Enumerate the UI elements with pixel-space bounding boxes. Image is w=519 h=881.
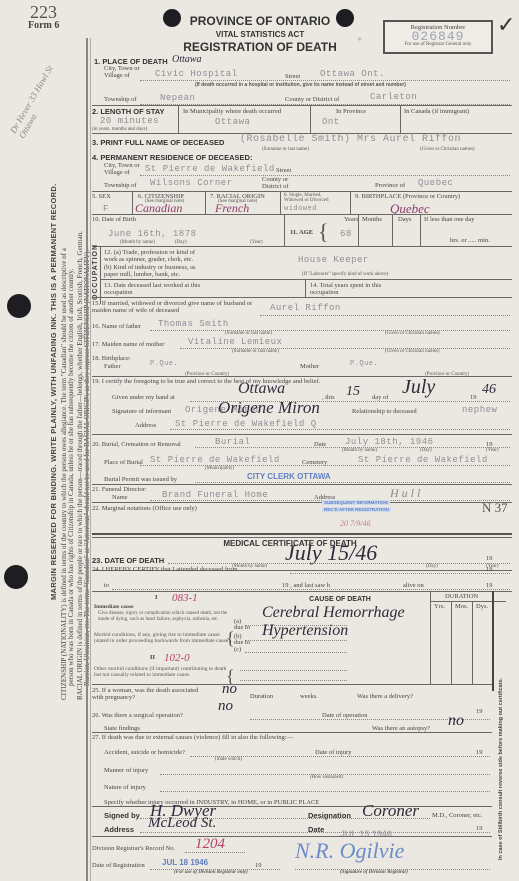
f20-cemetery: St Pierre de Wakefield: [358, 455, 488, 465]
f1-street-label: Street: [285, 73, 300, 80]
f27-how-sustained: (How sustained): [310, 775, 343, 780]
f25-duration-label: Duration: [250, 693, 273, 700]
f18-mother: P.Que.: [350, 360, 378, 368]
f19-year: 46: [482, 382, 496, 398]
f24-year2-label: 19: [486, 582, 493, 589]
f20-permit-label: Burial Permit was issued by: [104, 476, 177, 483]
rule: [92, 537, 512, 538]
rule: [100, 279, 512, 280]
f26-date-label: Date of operation: [322, 712, 367, 719]
f26-findings-label: State findings: [104, 725, 140, 732]
f20-permit-stamp: CITY CLERK OTTAWA: [247, 472, 331, 481]
f21-name: Brand Funeral Home: [162, 490, 268, 500]
f20-place: St Pierre de Wakefield: [150, 455, 280, 465]
f19-address-line: [170, 429, 510, 430]
rule: [92, 484, 512, 485]
f11-years-label: Years: [344, 216, 359, 223]
registration-number: 026849: [385, 31, 491, 42]
f19-address-label: Address: [135, 422, 156, 429]
f12-labourer-note: (If "Labourer" specify kind of work abov…: [302, 272, 388, 277]
f12-value: House Keeper: [298, 255, 369, 265]
f25-weeks-label: weeks.: [300, 693, 318, 700]
f4-province-label: Province of: [375, 182, 405, 189]
f2-col1-label: In Municipality where death occurred: [183, 108, 281, 115]
province-heading: PROVINCE OF ONTARIO: [180, 14, 340, 28]
f24-to-label: to: [104, 582, 109, 589]
f1-county: Carleton: [370, 92, 417, 102]
f11-hrs-label: hrs. or ..... min.: [450, 237, 490, 244]
cause-a-value: Cerebral Hemorrhage: [262, 604, 405, 622]
binder-hole: [4, 565, 28, 589]
f2-col2-value: Ont: [322, 117, 340, 127]
f2-col3-label: In Canada (if immigrant): [404, 108, 469, 115]
rule: [178, 105, 179, 133]
f27-injury-date-label: Date of injury: [315, 749, 351, 756]
f15-value: Aurel Riffon: [270, 303, 341, 313]
f12-label-b: (b) Kind of industry or business, as pap…: [104, 264, 204, 278]
f18-father: P.Que.: [150, 360, 178, 368]
immediate-cause-label: Immediate cause: [94, 604, 134, 610]
rule: [350, 191, 351, 214]
f24-line: [290, 573, 510, 574]
f26-value: no: [218, 698, 233, 715]
f23-sub2: (Day): [426, 564, 438, 569]
registrar-signature-label: (Signature of Division Registrar): [340, 870, 408, 875]
f17-label: 17. Maiden name of mother: [92, 341, 164, 348]
rule: [472, 601, 473, 684]
f19-label: 19. I certify the foregoing to be true a…: [92, 378, 320, 385]
designation-suffix: M.D., Coroner, etc.: [432, 812, 482, 819]
rule: [92, 684, 492, 685]
rule: [280, 191, 281, 214]
f1-township: Nepean: [160, 93, 195, 103]
f16-sub2: (Given or Christian names): [385, 331, 440, 336]
f3-sub2: (Given or Christian names): [420, 147, 475, 152]
f26-label: 26. Was there a surgical operation?: [92, 712, 183, 719]
f2-col2-label: In Province: [336, 108, 366, 115]
registration-number-box: Registration Number 026849 For use of Re…: [383, 20, 493, 54]
f23-year-label: 19: [486, 555, 493, 562]
duration-mos: Mos.: [455, 603, 468, 610]
f20-sub3: (Year): [486, 448, 499, 453]
f10-sub3: (Year): [250, 240, 263, 245]
f16-line: [150, 330, 510, 331]
cause-roman-2: II: [150, 654, 155, 661]
cause-b-value: Hypertension: [262, 622, 348, 640]
f20-label: 20. Burial, Cremation or Removal: [92, 441, 181, 448]
rule: [92, 502, 512, 503]
f21-name-label: Name: [112, 494, 128, 501]
f23-label: 23. DATE OF DEATH: [92, 556, 164, 565]
rule: [310, 105, 311, 133]
f20-value: Burial: [215, 437, 250, 447]
binder-hole: [7, 294, 31, 318]
f27-year-label: 19: [476, 749, 483, 756]
margin-citizenship-note-2: person who was born in Canada or who has…: [67, 269, 75, 700]
rule: [92, 533, 512, 535]
act-heading: VITAL STATISTICS ACT: [180, 30, 340, 39]
f14-label: 14. Total years spent in this occupation: [310, 282, 395, 296]
f19-given-place: Ottawa: [238, 380, 285, 398]
cause-c-line: [245, 652, 347, 653]
rule: [100, 246, 101, 304]
f8-value: widowed: [284, 205, 317, 213]
other-line-2: [240, 680, 347, 681]
f25-delivery-label: Was there a delivery?: [357, 693, 413, 700]
duration-dys: Dys.: [476, 603, 488, 610]
brace-icon: {: [318, 219, 329, 245]
record-no-label: Division Registrar's Record No.: [92, 845, 175, 852]
f1-county-label: County or District of: [285, 96, 339, 103]
rule: [92, 105, 512, 106]
f19-relationship: nephew: [462, 405, 497, 415]
registration-date-stamp: JUL 18 1946: [162, 858, 208, 867]
rule: [92, 376, 512, 377]
f17-sub1: (Surname or last name): [232, 349, 279, 354]
registrar-use-note: (For use of Division Registrar only): [174, 870, 248, 875]
f5-value: F: [103, 204, 109, 214]
f19-this-label: , this: [322, 394, 335, 401]
f4-street-label: Street: [276, 167, 291, 174]
f22-label: 22. Marginal notations (Office use only): [92, 505, 197, 512]
form-number: Form 6: [28, 20, 59, 31]
cause-code-1: 083-1: [172, 592, 198, 604]
f10-sub1: (Month by name): [120, 240, 155, 245]
f2-label: 2. LENGTH OF STAY: [92, 107, 165, 116]
f24-year-label: 19: [486, 566, 493, 573]
rule: [358, 214, 359, 246]
f26-year-label: 19: [476, 708, 483, 715]
f25-value: no: [222, 681, 237, 698]
rule: [92, 191, 512, 192]
f26-autopsy-label: Was there an autopsy?: [372, 725, 430, 732]
f19-relationship-label: Relationship to deceased: [352, 408, 417, 415]
rule: [400, 105, 401, 133]
f8-label: 8. Single, Married, Widowed or Divorced: [284, 193, 339, 203]
f20-permit-line: [195, 482, 510, 483]
pencil-margin-note: Dr Hever 33 Hawl St Ottawa: [8, 52, 70, 140]
rule: [430, 601, 506, 602]
f4-township: Wilsons Corner: [150, 178, 233, 188]
rule: [392, 214, 393, 246]
f18-mother-label: Mother: [300, 363, 319, 370]
f3-value: (Rosabelle Smith) Mrs Aurel Riffon: [240, 134, 461, 145]
rule: [492, 591, 494, 691]
rule: [430, 591, 431, 684]
f18-father-label: Father: [104, 363, 121, 370]
cause-c-label: (c): [234, 646, 241, 653]
rule: [132, 191, 133, 214]
binding-rule: [86, 38, 88, 881]
rule: [420, 214, 421, 246]
f11-label: 11. AGE: [290, 229, 313, 236]
f20-place-label: Place of Burial: [104, 459, 143, 466]
f10-value: June 16th, 1878: [108, 229, 197, 239]
f24-and-label: 19 , and last saw h: [282, 582, 330, 589]
rule: [92, 434, 512, 435]
registration-note: For use of Registrar General only: [385, 42, 491, 47]
f22-note: N 37: [482, 500, 508, 516]
f1-township-label: Township of: [104, 96, 137, 103]
f15-line: [260, 315, 510, 316]
f17-value: Vitaline Lemieux: [188, 337, 282, 347]
f11-months-label: Months: [362, 216, 382, 223]
f20-sub2: (Day): [420, 448, 432, 453]
f5-label: 5. SEX: [92, 193, 111, 200]
rule: [92, 214, 512, 215]
f22-stamp-line-1: SUBSEQUENT INFORMATION: [322, 500, 390, 505]
f26-autopsy: no: [448, 712, 464, 730]
other-line-1: [240, 670, 347, 671]
f20-date: July 18th, 1946: [345, 437, 434, 447]
f16-value: Thomas Smith: [158, 319, 229, 329]
signed-by-label: Signed by: [104, 811, 140, 820]
f1-line: [140, 80, 510, 81]
f18-label: 18. Birthplace:: [92, 355, 131, 362]
duration-yrs: Yrs.: [434, 603, 445, 610]
cause-code-2: 102-0: [164, 652, 190, 664]
stillbirth-note: In case of Stillbirth consult reverse si…: [497, 678, 505, 860]
f17-line: [180, 348, 510, 349]
f19-day-of-label: day of: [372, 394, 388, 401]
f27-state-which: (State which): [215, 757, 242, 762]
rule: [451, 601, 452, 684]
f1-place: Civic Hospital: [155, 69, 238, 79]
f22-stamp-date: 20 7/9/46: [340, 519, 370, 528]
f9-label: 9. BIRTHPLACE (Province or Country): [355, 193, 460, 200]
f24-label: 24. I HEREBY CERTIFY that I attended dec…: [92, 566, 238, 573]
f4-label: 4. PERMANENT RESIDENCE OF DECEASED:: [92, 153, 252, 162]
f11-years: 68: [340, 229, 352, 239]
f27-nature-line: [160, 791, 490, 792]
rule: [92, 732, 492, 733]
f15-label: 15. If married, widowed or divorced give…: [92, 300, 262, 314]
f27-accident-label: Accident, suicide or homicide?: [104, 749, 185, 756]
f1-street: Ottawa Ont.: [320, 69, 385, 79]
rule: [92, 836, 492, 837]
f20-place-sub: (Municipality): [205, 466, 234, 471]
address-label: Address: [104, 825, 134, 834]
f27-accident-line: [190, 756, 490, 757]
cause-roman-1: I: [155, 594, 158, 601]
rule: [92, 246, 512, 247]
cause-b-line: [245, 640, 347, 641]
registration-date-label: Date of Registration: [92, 862, 145, 869]
f19-day: 15: [346, 384, 360, 400]
asterisk-mark: *: [357, 36, 362, 47]
other-conditions-label: Other morbid conditions (if important) c…: [94, 666, 234, 678]
registration-line: [150, 869, 280, 870]
f17-sub2: (Given or Christian names): [385, 349, 440, 354]
f10-sub2: (Day): [175, 240, 187, 245]
f27-label: 27. If death was due to external causes …: [92, 734, 293, 741]
date-year-label: 19: [476, 825, 483, 832]
f16-sub1: (Surname or last name): [225, 331, 272, 336]
duration-label: DURATION: [445, 593, 478, 600]
f20-place-line: [140, 465, 510, 466]
f19-year-prefix: 19: [470, 394, 477, 401]
rule: [92, 591, 512, 592]
registrar-signature: N.R. Ogilvie: [295, 838, 404, 864]
f2-col1-value: Ottawa: [215, 117, 250, 127]
checkmark-icon: ✓: [497, 12, 515, 38]
occupation-side-label: OCCUPATION: [92, 244, 100, 300]
f2-sub: (in years, months and days): [92, 127, 147, 132]
rule: [284, 214, 285, 246]
f3-label: 3. PRINT FULL NAME OF DECEASED: [92, 138, 224, 147]
rule: [205, 191, 206, 214]
cause-title: CAUSE OF DEATH: [290, 596, 390, 603]
record-no-value: 1204: [195, 836, 225, 853]
binding-rule: [90, 38, 91, 881]
f25-label: 25. If a woman, was the death associated…: [92, 687, 202, 701]
f4-township-label: Township of: [104, 182, 137, 189]
rule: [305, 279, 306, 297]
f4-county-label: County or District of: [262, 176, 307, 190]
f16-label: 16. Name of father: [92, 323, 141, 330]
cause-due-to-1: due to: [234, 624, 250, 631]
f1-hospital-note: (If death occurred in a hospital or inst…: [195, 82, 406, 88]
registration-year-label: 19: [255, 862, 262, 869]
rule: [92, 297, 512, 298]
f2-value: 20 minutes: [100, 116, 159, 126]
f10-label: 10. Date of Birth: [92, 216, 136, 223]
f27-manner-label: Manner of injury: [104, 767, 148, 774]
f4-line: [140, 175, 510, 176]
f19-month: July: [402, 376, 435, 399]
f1-city-label: City, Town or Village of: [104, 65, 144, 79]
f4-city-label: City, Town or Village of: [104, 162, 144, 176]
f19-informant-label: Signature of informant: [112, 408, 171, 415]
f23-line: [168, 563, 510, 564]
f19-given-label: Given under my hand at: [112, 394, 175, 401]
f20-sub1: (Month by name): [342, 448, 377, 453]
f3-sub1: (Surname or last name): [262, 147, 309, 152]
f12-label-a: 12. (a) Trade, profession or kind of wor…: [104, 249, 204, 263]
address-line: [140, 832, 490, 833]
margin-binding-note: MARGIN RESERVED FOR BINDING. WRITE PLAIN…: [50, 184, 58, 600]
f27-nature-label: Nature of injury: [104, 784, 146, 791]
f21-label: 21. Funeral Director:: [92, 486, 147, 493]
f1-handwritten: Ottawa: [172, 54, 201, 65]
binder-hole: [163, 9, 181, 27]
f4-province: Quebec: [418, 178, 453, 188]
immediate-cause-desc: Give disease, injury or complication whi…: [98, 611, 238, 622]
cause-due-to-2: due to: [234, 639, 250, 646]
f24-line-2: [112, 589, 510, 590]
f11-lessday-label: If less than one day: [424, 216, 475, 223]
f4-city: St Pierre de Wakefield: [145, 164, 275, 174]
morbid-conditions-label: Morbid conditions, if any, giving rise t…: [94, 632, 234, 644]
f22-stamp-line-2: REC'D AFTER REGISTRATION: [322, 507, 391, 512]
f19-informant-signature: Origene Miron: [218, 398, 320, 418]
f11-days-label: Days: [398, 216, 411, 223]
f24-alive-label: alive on: [403, 582, 424, 589]
form-title: REGISTRATION OF DEATH: [165, 40, 355, 54]
record-line: [185, 852, 245, 853]
f19-address: St Pierre de Wakefield Q: [175, 419, 317, 429]
address-value: McLeod St.: [148, 815, 216, 832]
f21-address: Hull: [390, 486, 423, 501]
f13-label: 13. Date deceased last worked at this oc…: [104, 282, 204, 296]
